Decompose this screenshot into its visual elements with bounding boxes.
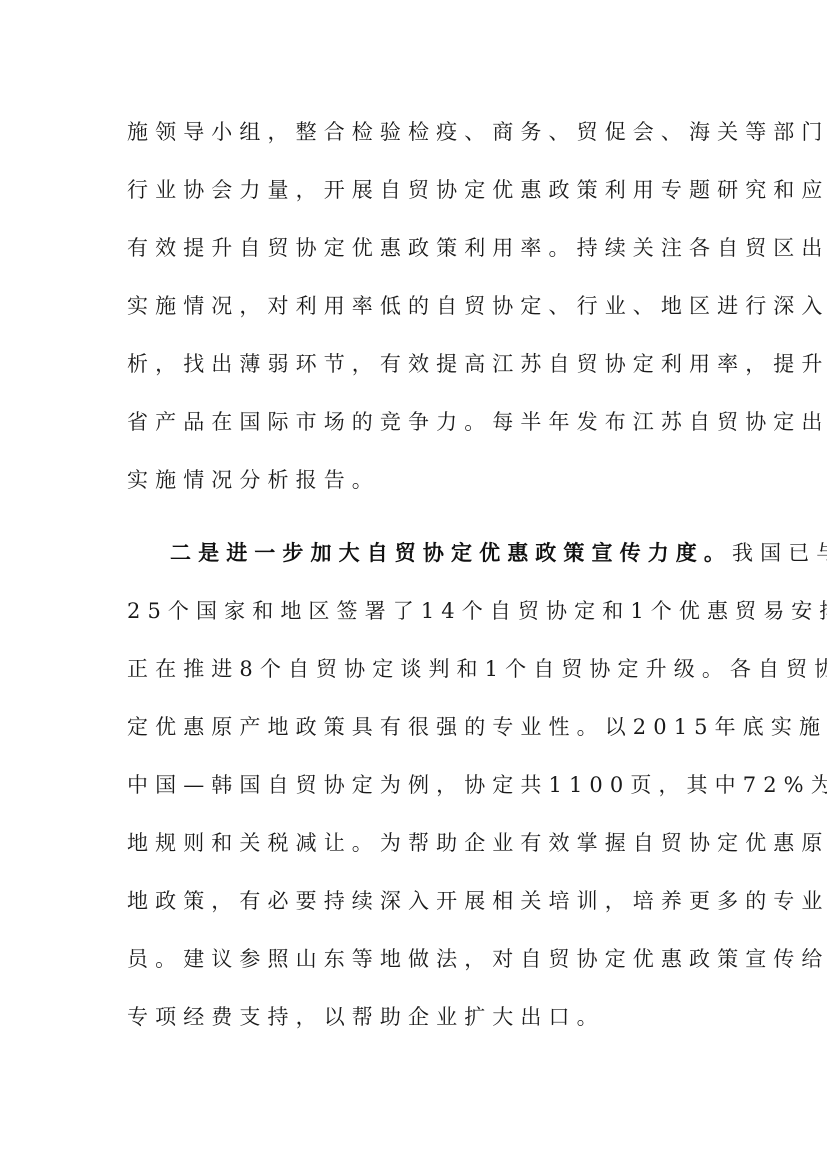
text-line: 行业协会力量，开展自贸协定优惠政策利用专题研究和应对，: [127, 175, 727, 205]
document-page: 施领导小组，整合检验检疫、商务、贸促会、海关等部门及 行业协会力量，开展自贸协定…: [0, 0, 827, 1169]
text-line: 地规则和关税减让。为帮助企业有效掌握自贸协定优惠原产: [127, 828, 727, 858]
text-line: 实施情况，对利用率低的自贸协定、行业、地区进行深入分: [127, 291, 727, 321]
text-line: 25个国家和地区签署了14个自贸协定和1个优惠贸易安排，: [127, 596, 727, 626]
text-line: 实施情况分析报告。: [127, 465, 727, 495]
text-line: 定优惠原产地政策具有很强的专业性。以2015年底实施的: [127, 712, 727, 742]
text-line: 正在推进8个自贸协定谈判和1个自贸协定升级。各自贸协: [127, 654, 727, 684]
text-span: 我国已与: [732, 541, 827, 565]
text-line: 施领导小组，整合检验检疫、商务、贸促会、海关等部门及: [127, 117, 727, 147]
text-line: 析，找出薄弱环节，有效提高江苏自贸协定利用率，提升全: [127, 349, 727, 379]
text-line: 地政策，有必要持续深入开展相关培训，培养更多的专业人: [127, 886, 727, 916]
text-line: 专项经费支持，以帮助企业扩大出口。: [127, 1002, 727, 1032]
text-line: 省产品在国际市场的竞争力。每半年发布江苏自贸协定出口: [127, 407, 727, 437]
paragraph-first-line: 二是进一步加大自贸协定优惠政策宣传力度。我国已与: [170, 538, 770, 568]
paragraph-heading: 二是进一步加大自贸协定优惠政策宣传力度。: [170, 540, 732, 565]
text-line: 员。建议参照山东等地做法，对自贸协定优惠政策宣传给予: [127, 944, 727, 974]
text-line: 中国—韩国自贸协定为例，协定共1100页，其中72%为原产: [127, 770, 727, 800]
text-line: 有效提升自贸协定优惠政策利用率。持续关注各自贸区出口: [127, 233, 727, 263]
